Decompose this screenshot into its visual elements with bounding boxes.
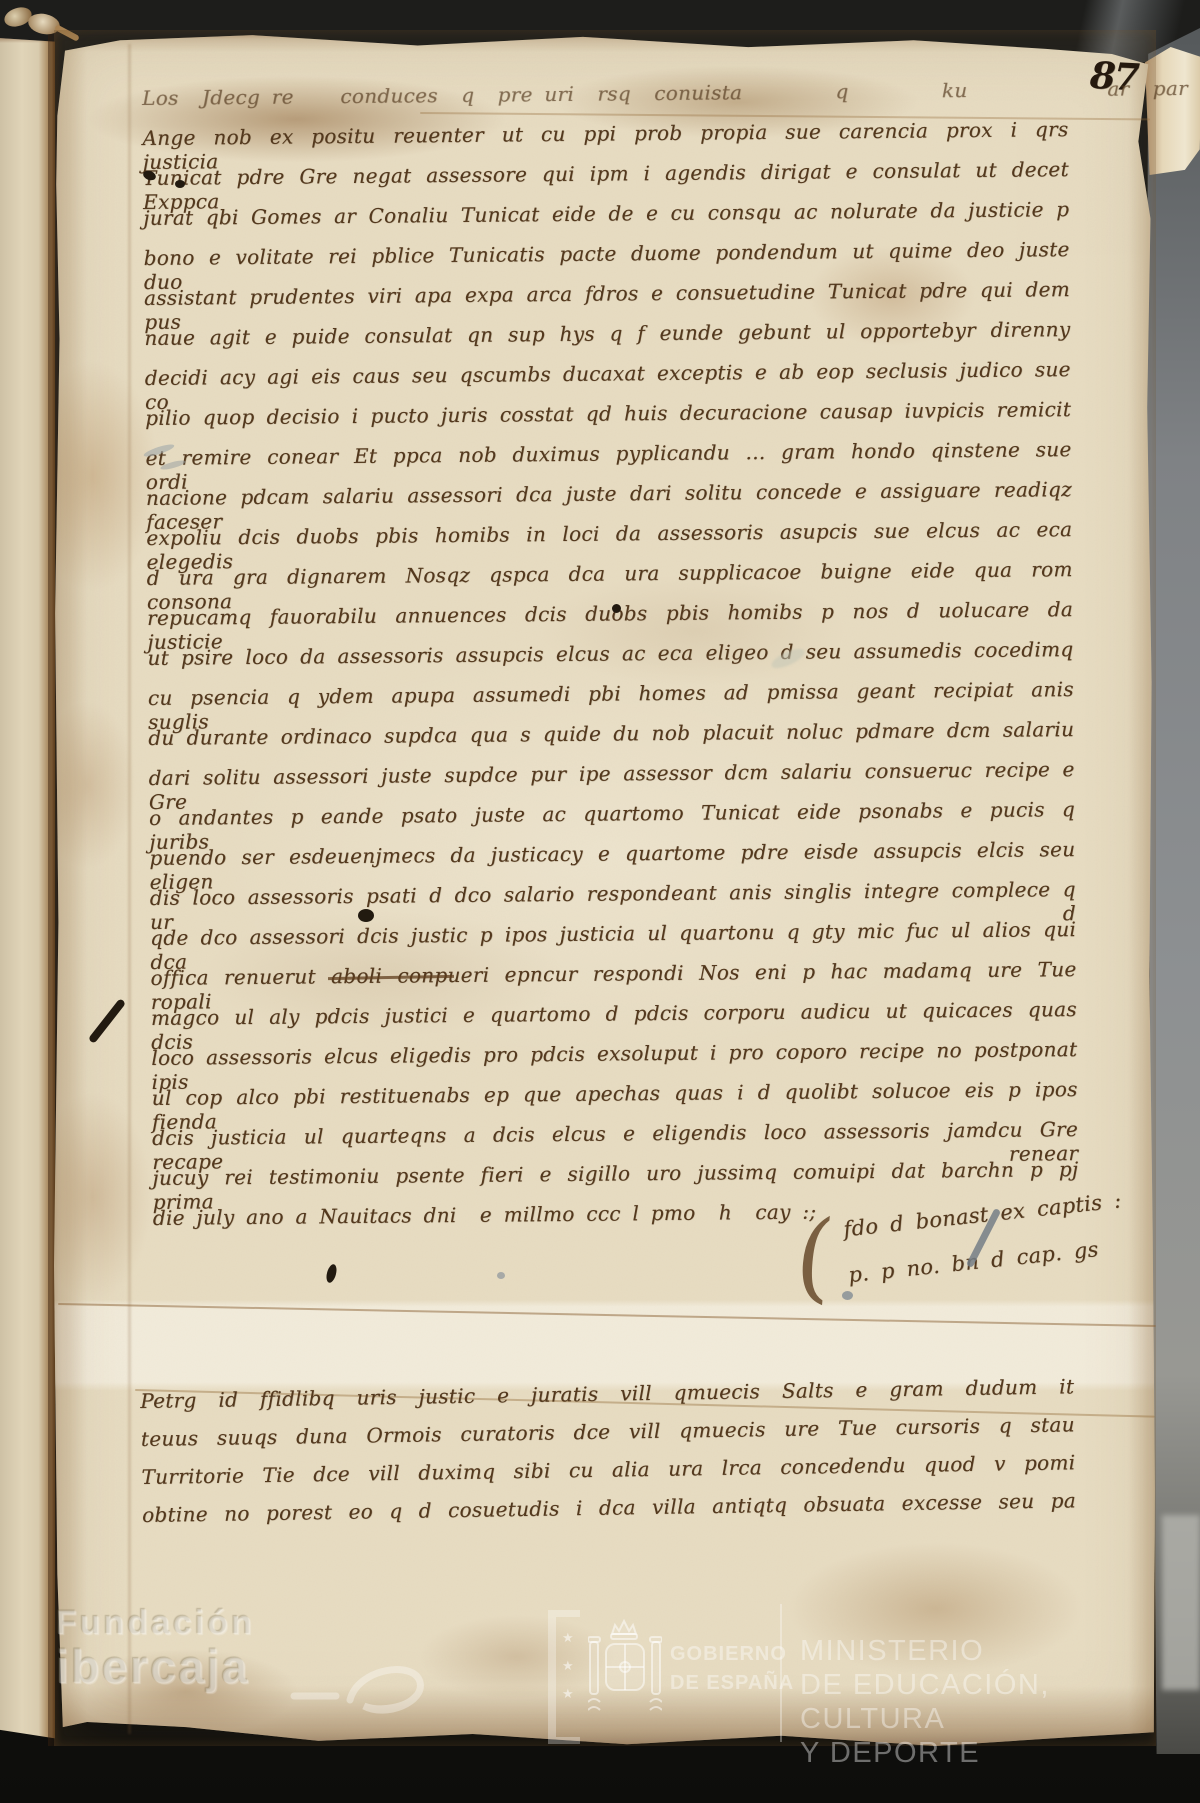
watermark-divider — [780, 1604, 782, 1742]
addendum-text: Petrg id ffidlibq uris justic e juratis … — [140, 1367, 1076, 1534]
ministerio-line2: DE EDUCACIÓN, CULTURA — [800, 1668, 1198, 1736]
pencil-mark — [497, 1272, 505, 1279]
gobierno-line2: DE ESPAÑA — [670, 1669, 794, 1698]
facing-page-edge — [0, 33, 55, 1747]
ministerio-line3: Y DEPORTE — [800, 1736, 1198, 1770]
pencil-mark — [842, 1291, 853, 1300]
main-text: Los Jdecg re conduces q pre uri rsq conu… — [142, 77, 1079, 1246]
fundacion-watermark-line2: ibercaja — [56, 1642, 255, 1691]
fundacion-watermark-line1: Fundación — [56, 1606, 255, 1642]
ink-blot — [612, 604, 621, 613]
ibercaja-logo-icon — [288, 1648, 428, 1744]
gobierno-watermark: ★ ★ ★ GOBIERNO DE ESPAÑA MINISTERIO DE — [548, 1598, 1198, 1750]
spain-coat-of-arms-icon — [588, 1614, 662, 1735]
gobierno-line1: GOBIERNO — [670, 1640, 794, 1669]
ministerio-line1: MINISTERIO — [800, 1634, 1198, 1668]
star-icon: ★ — [562, 1658, 574, 1674]
star-icon: ★ — [562, 1686, 574, 1702]
binding-thread — [0, 0, 90, 56]
fundacion-ibercaja-watermark: Fundación ibercaja — [56, 1606, 255, 1691]
ministerio-watermark-text: MINISTERIO DE EDUCACIÓN, CULTURA Y DEPOR… — [800, 1634, 1198, 1770]
ink-blot — [175, 180, 185, 188]
page-fold-crease — [128, 44, 131, 1734]
star-icon: ★ — [562, 1630, 574, 1646]
torn-paper-flap — [1145, 47, 1200, 175]
ink-blot — [358, 909, 374, 922]
manuscript-photo: { "document": { "folio_number": "87", "m… — [0, 0, 1200, 1803]
gobierno-watermark-text: GOBIERNO DE ESPAÑA — [670, 1640, 794, 1698]
